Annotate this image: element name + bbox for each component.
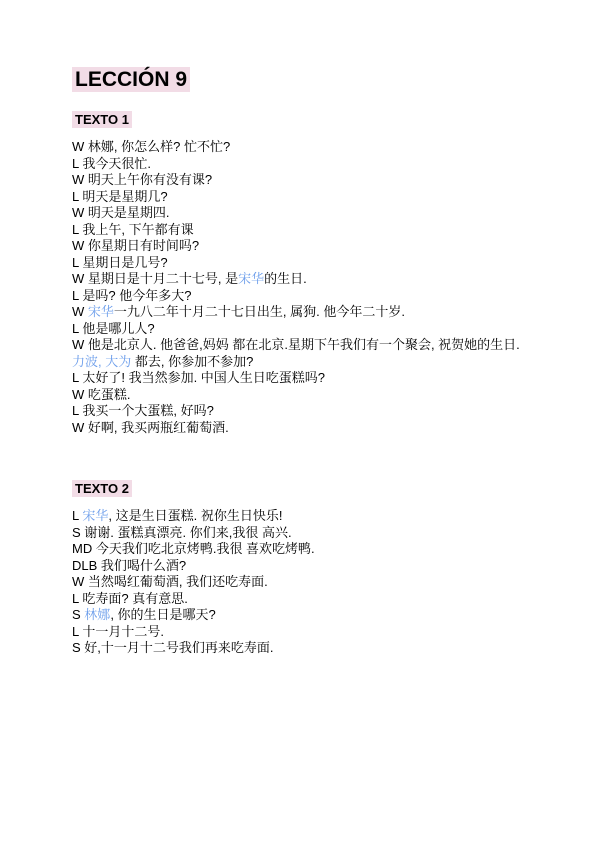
dialogue-text: W 吃蛋糕. (72, 387, 131, 402)
dialogue-line: S 谢谢. 蛋糕真漂亮. 你们来,我很 高兴. (72, 525, 572, 542)
dialogue-line: W 宋华一九八二年十月二十七日出生, 属狗. 他今年二十岁. (72, 304, 572, 321)
dialogue-line: S 林娜, 你的生日是哪天? (72, 607, 572, 624)
dialogue-text: L 明天是星期几? (72, 189, 168, 204)
dialogue-line: W 星期日是十月二十七号, 是宋华的生日. (72, 271, 572, 288)
dialogue-text: MD 今天我们吃北京烤鸭.我很 喜欢吃烤鸭. (72, 541, 315, 556)
dialogue-line: L 我买一个大蛋糕, 好吗? (72, 403, 572, 420)
dialogue-text: 都去, 你参加不参加? (131, 354, 253, 369)
character-name: 宋华 (238, 271, 264, 286)
dialogue-line: L 吃寿面? 真有意思. (72, 591, 572, 608)
dialogue-lines-texto-1: W 林娜, 你怎么样? 忙不忙?L 我今天很忙.W 明天上午你有没有课?L 明天… (72, 139, 572, 436)
dialogue-text: W 他是北京人. 他爸爸,妈妈 都在北京.星期下午我们有一个聚会, 祝贺她的生日… (72, 337, 520, 352)
dialogue-text: S (72, 607, 84, 622)
dialogue-line: L 星期日是几号? (72, 255, 572, 272)
dialogue-line: L 十一月十二号. (72, 624, 572, 641)
section-heading-texto-1: TEXTO 1 (72, 111, 572, 129)
dialogue-line: W 吃蛋糕. (72, 387, 572, 404)
dialogue-text: L 他是哪儿人? (72, 321, 155, 336)
document-content: LECCIÓN 9 TEXTO 1 W 林娜, 你怎么样? 忙不忙?L 我今天很… (0, 0, 600, 657)
dialogue-text: L 太好了! 我当然参加. 中国人生日吃蛋糕吗? (72, 370, 325, 385)
dialogue-text: W 林娜, 你怎么样? 忙不忙? (72, 139, 230, 154)
dialogue-text: DLB 我们喝什么酒? (72, 558, 186, 573)
section-heading-text: TEXTO 1 (72, 111, 132, 128)
dialogue-text: W 星期日是十月二十七号, 是 (72, 271, 238, 286)
dialogue-line: W 明天是星期四. (72, 205, 572, 222)
dialogue-text: W 好啊, 我买两瓶红葡萄酒. (72, 420, 229, 435)
dialogue-text: , 这是生日蛋糕. 祝你生日快乐! (108, 508, 282, 523)
dialogue-text: S 谢谢. 蛋糕真漂亮. 你们来,我很 高兴. (72, 525, 292, 540)
dialogue-line: L 我今天很忙. (72, 156, 572, 173)
dialogue-line: 力波, 大为 都去, 你参加不参加? (72, 354, 572, 371)
section-heading-texto-2: TEXTO 2 (72, 480, 572, 498)
dialogue-line: W 林娜, 你怎么样? 忙不忙? (72, 139, 572, 156)
dialogue-text: W 你星期日有时间吗? (72, 238, 199, 253)
dialogue-text: W 明天上午你有没有课? (72, 172, 212, 187)
dialogue-line: L 我上午, 下午都有课 (72, 222, 572, 239)
character-name: 力波, 大为 (72, 354, 131, 369)
character-name: 宋华 (82, 508, 108, 523)
section-texto-1: TEXTO 1 W 林娜, 你怎么样? 忙不忙?L 我今天很忙.W 明天上午你有… (72, 111, 572, 436)
dialogue-line: L 是吗? 他今年多大? (72, 288, 572, 305)
character-name: 林娜 (84, 607, 110, 622)
dialogue-line: L 宋华, 这是生日蛋糕. 祝你生日快乐! (72, 508, 572, 525)
dialogue-text: L 是吗? 他今年多大? (72, 288, 191, 303)
dialogue-line: S 好,十一月十二号我们再来吃寿面. (72, 640, 572, 657)
dialogue-text: L (72, 508, 82, 523)
character-name: 宋华 (88, 304, 114, 319)
dialogue-text: L 我上午, 下午都有课 (72, 222, 194, 237)
document-page: LECCIÓN 9 TEXTO 1 W 林娜, 你怎么样? 忙不忙?L 我今天很… (0, 0, 600, 848)
dialogue-line: W 好啊, 我买两瓶红葡萄酒. (72, 420, 572, 437)
dialogue-text: W (72, 304, 88, 319)
lesson-title-text: LECCIÓN 9 (72, 67, 190, 92)
dialogue-line: L 明天是星期几? (72, 189, 572, 206)
dialogue-text: L 十一月十二号. (72, 624, 164, 639)
dialogue-text: 的生日. (264, 271, 307, 286)
dialogue-text: L 星期日是几号? (72, 255, 168, 270)
dialogue-text: L 我买一个大蛋糕, 好吗? (72, 403, 214, 418)
dialogue-line: DLB 我们喝什么酒? (72, 558, 572, 575)
dialogue-text: 一九八二年十月二十七日出生, 属狗. 他今年二十岁. (114, 304, 405, 319)
dialogue-line: W 他是北京人. 他爸爸,妈妈 都在北京.星期下午我们有一个聚会, 祝贺她的生日… (72, 337, 572, 354)
dialogue-lines-texto-2: L 宋华, 这是生日蛋糕. 祝你生日快乐!S 谢谢. 蛋糕真漂亮. 你们来,我很… (72, 508, 572, 657)
section-texto-2: TEXTO 2 L 宋华, 这是生日蛋糕. 祝你生日快乐!S 谢谢. 蛋糕真漂亮… (72, 480, 572, 657)
dialogue-text: L 我今天很忙. (72, 156, 151, 171)
dialogue-line: W 当然喝红葡萄酒, 我们还吃寿面. (72, 574, 572, 591)
dialogue-line: MD 今天我们吃北京烤鸭.我很 喜欢吃烤鸭. (72, 541, 572, 558)
dialogue-line: L 他是哪儿人? (72, 321, 572, 338)
dialogue-text: , 你的生日是哪天? (110, 607, 215, 622)
dialogue-text: W 明天是星期四. (72, 205, 170, 220)
dialogue-text: L 吃寿面? 真有意思. (72, 591, 188, 606)
lesson-title: LECCIÓN 9 (72, 66, 572, 93)
dialogue-line: W 你星期日有时间吗? (72, 238, 572, 255)
dialogue-line: W 明天上午你有没有课? (72, 172, 572, 189)
dialogue-text: W 当然喝红葡萄酒, 我们还吃寿面. (72, 574, 268, 589)
section-heading-text: TEXTO 2 (72, 480, 132, 497)
dialogue-text: S 好,十一月十二号我们再来吃寿面. (72, 640, 274, 655)
dialogue-line: L 太好了! 我当然参加. 中国人生日吃蛋糕吗? (72, 370, 572, 387)
